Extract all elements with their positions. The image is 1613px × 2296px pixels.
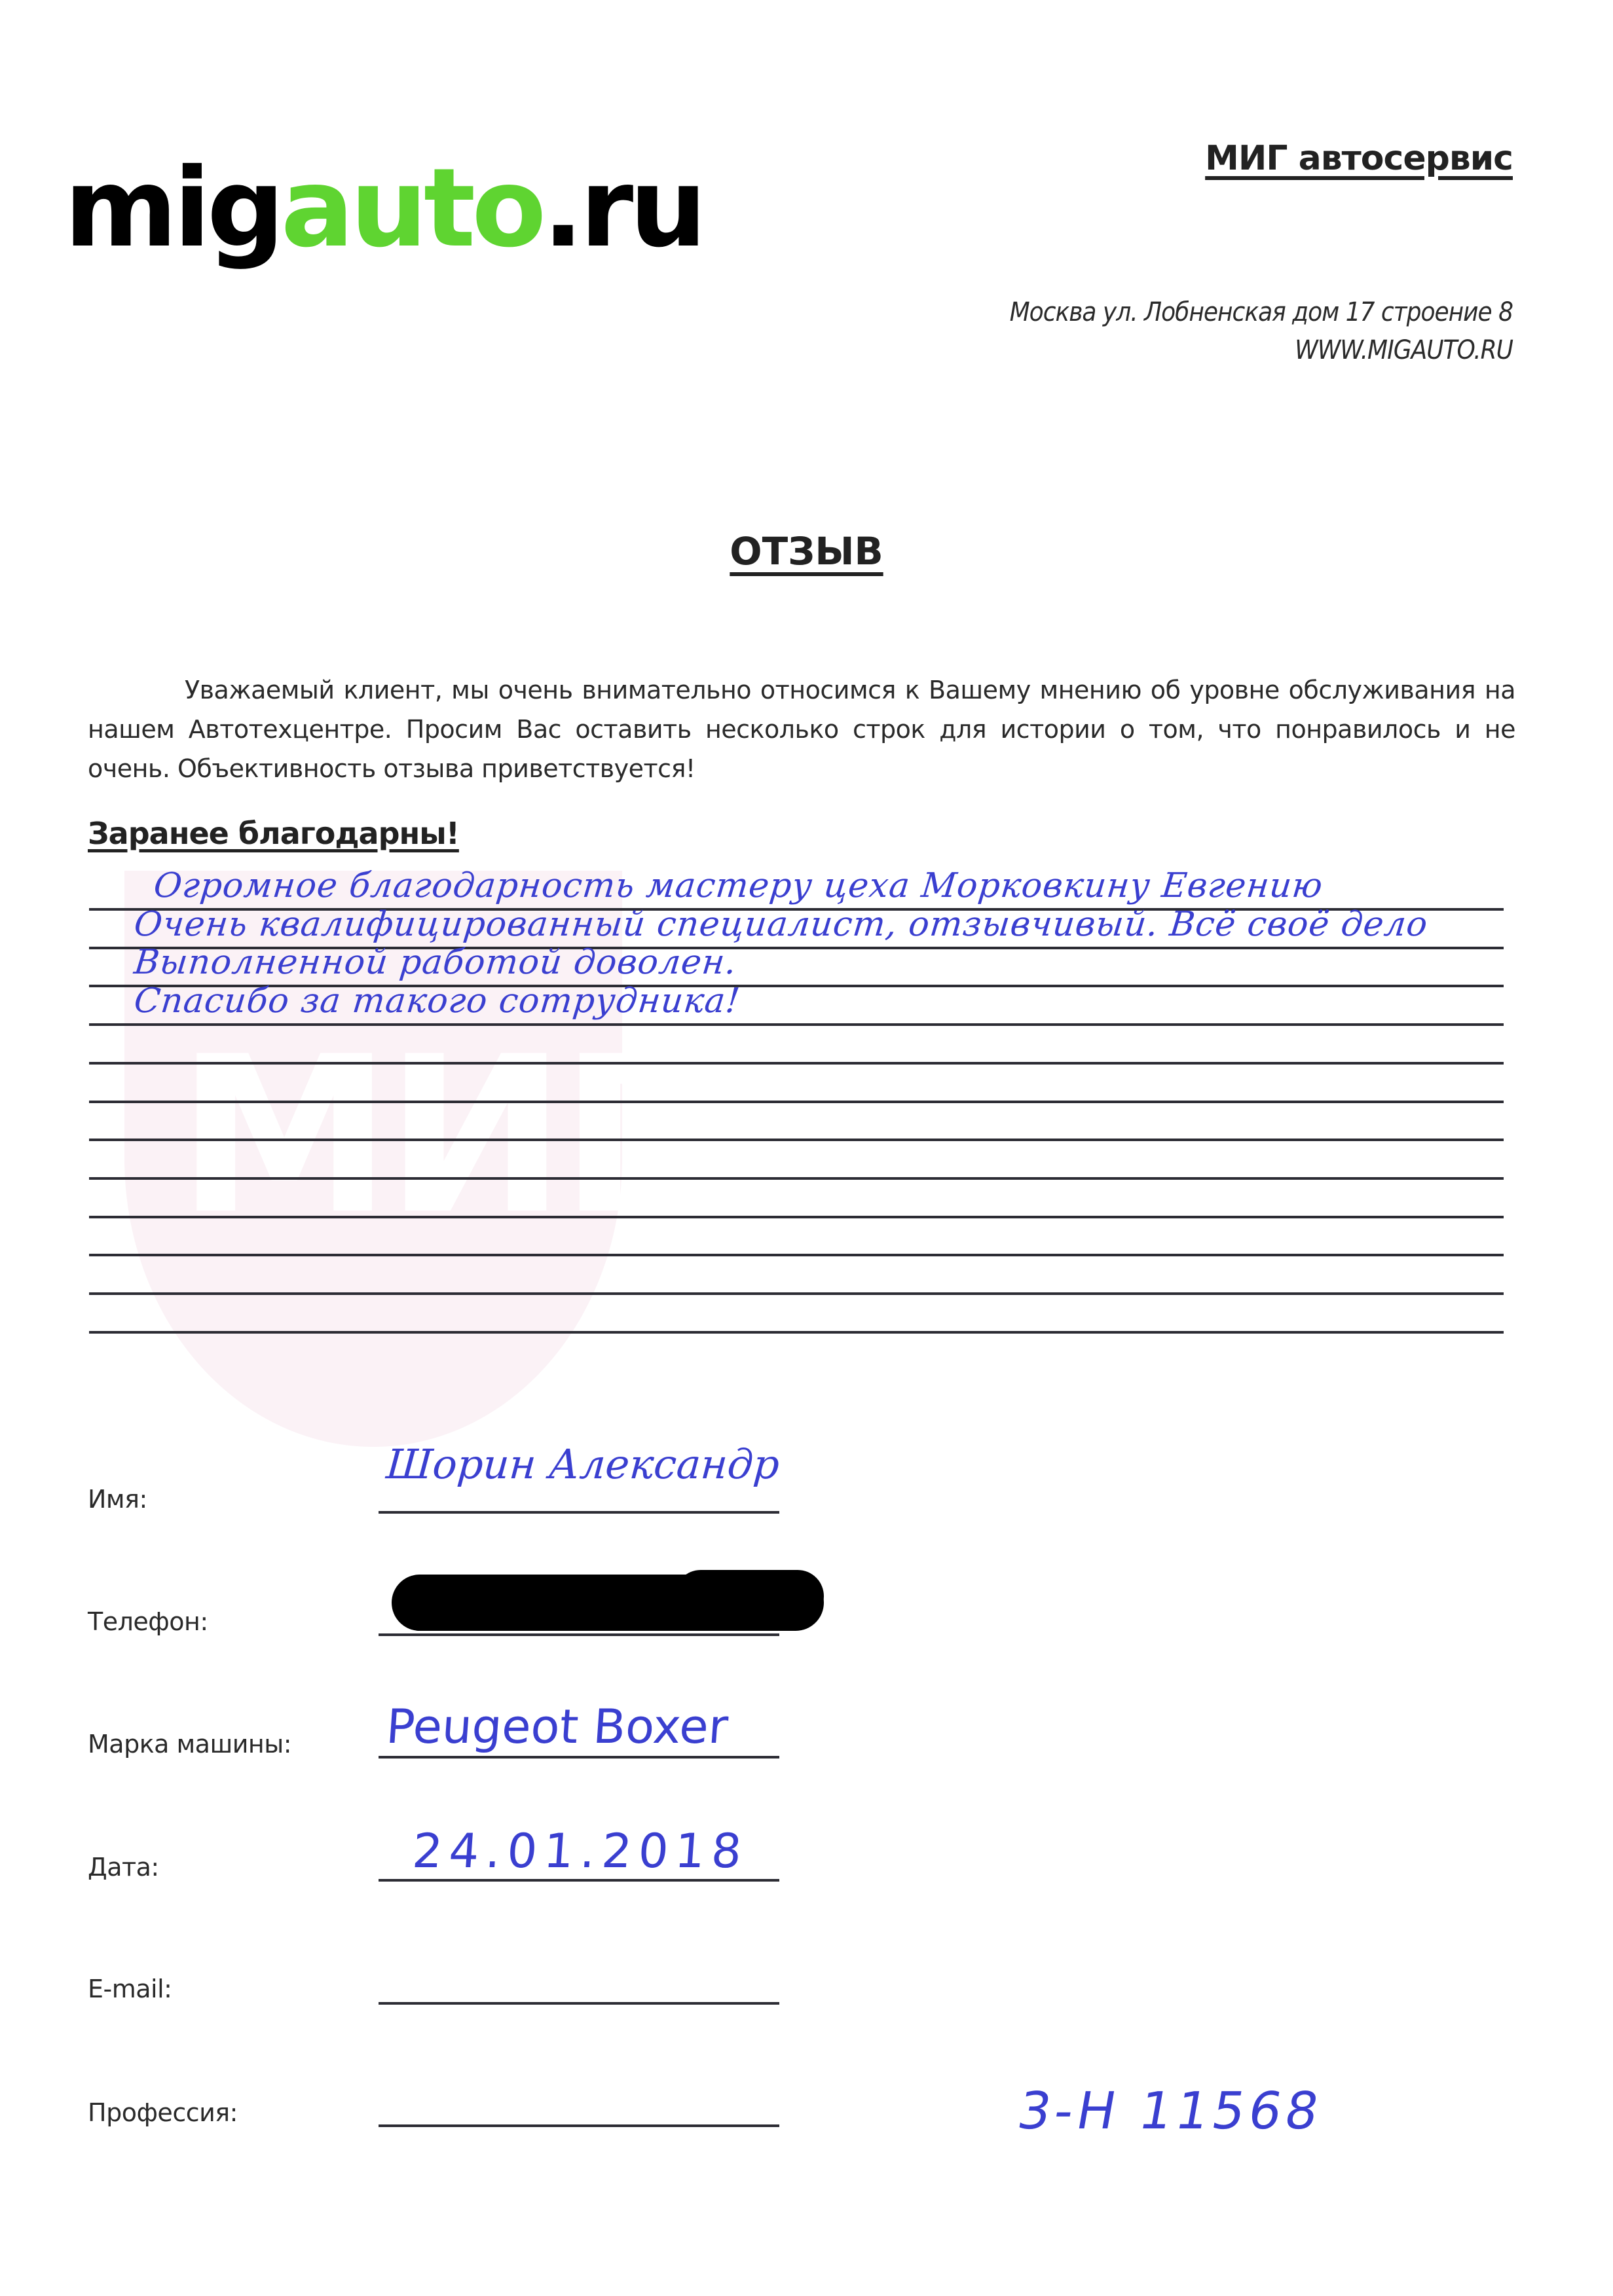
name-label: Имя: (88, 1485, 147, 1514)
review-handwriting: Спасибо за такого сотрудника! (132, 981, 742, 1021)
reference-number: 3-Н 11568 (1013, 2082, 1327, 2141)
website[interactable]: WWW.MIGAUTO.RU (1010, 331, 1513, 369)
logo-part-mig: mig (64, 145, 281, 272)
watermark-text: МИГ (177, 1028, 691, 1244)
phone-label: Телефон: (88, 1607, 208, 1636)
name-field[interactable] (379, 1511, 779, 1514)
phone-redaction (392, 1575, 824, 1631)
profession-field[interactable] (379, 2124, 779, 2127)
date-label: Дата: (88, 1853, 159, 1882)
logo-part-ru: .ru (542, 145, 703, 272)
review-line[interactable] (89, 1331, 1504, 1334)
name-value[interactable]: Шорин Александр (384, 1440, 781, 1488)
page-title: ОТЗЫВ (0, 529, 1613, 574)
company-name: МИГ автосервис (1205, 139, 1513, 178)
review-handwriting: Выполненной работой доволен. (132, 943, 739, 982)
car-field[interactable] (379, 1756, 779, 1758)
email-label: E-mail: (88, 1975, 172, 2003)
date-value[interactable]: 24.01.2018 (411, 1823, 750, 1878)
company-contacts: Москва ул. Лобненская дом 17 строение 8 … (1010, 293, 1513, 369)
car-value[interactable]: Peugeot Boxer (384, 1699, 730, 1754)
email-field[interactable] (379, 2002, 779, 2005)
address: Москва ул. Лобненская дом 17 строение 8 (1010, 293, 1513, 331)
logo: migauto.ru (64, 155, 703, 263)
logo-part-auto: auto (281, 145, 543, 272)
thanks-heading: Заранее благодарны! (88, 816, 459, 851)
page-title-text: ОТЗЫВ (730, 529, 883, 574)
review-line[interactable] (89, 1023, 1504, 1026)
date-field[interactable] (379, 1879, 779, 1882)
review-line[interactable] (89, 1254, 1504, 1256)
review-handwriting: Очень квалифицированный специалист, отзы… (132, 905, 1430, 944)
profession-label: Профессия: (88, 2098, 238, 2127)
review-line[interactable] (89, 1101, 1504, 1103)
review-handwriting: Огромное благодарность мастеру цеха Морк… (152, 866, 1325, 905)
phone-field[interactable] (379, 1633, 779, 1636)
review-line[interactable] (89, 1062, 1504, 1065)
review-line[interactable] (89, 1139, 1504, 1141)
review-line[interactable] (89, 1216, 1504, 1218)
review-line[interactable] (89, 1292, 1504, 1295)
car-label: Марка машины: (88, 1730, 291, 1758)
review-line[interactable] (89, 1177, 1504, 1180)
intro-paragraph: Уважаемый клиент, мы очень внимательно о… (88, 670, 1515, 788)
